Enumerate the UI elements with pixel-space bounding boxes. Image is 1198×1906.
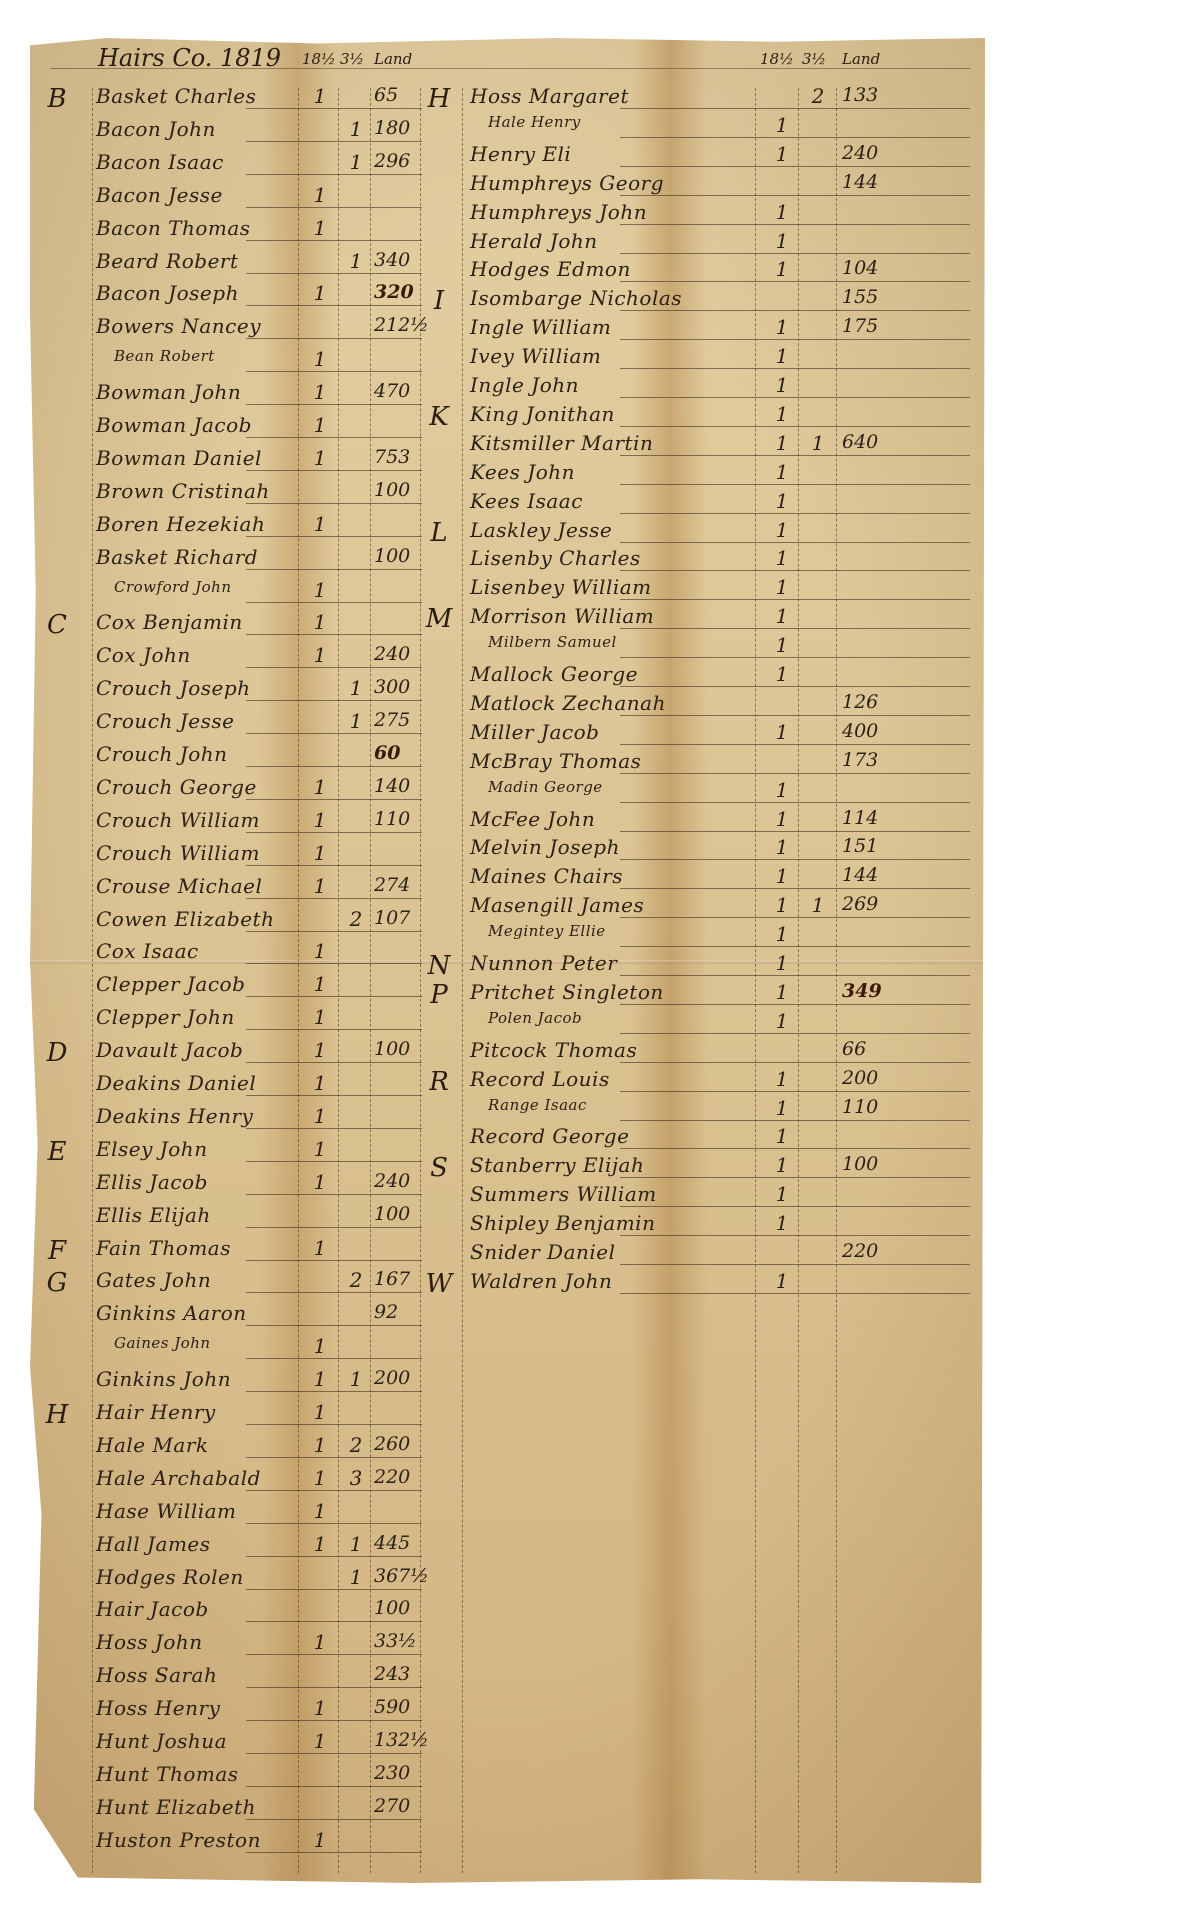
land-acres: 230 — [374, 1762, 434, 1784]
poll-count-1: 1 — [768, 633, 796, 657]
poll-count-1: 1 — [768, 604, 796, 628]
ledger-page: Hairs Co. 1819 18½ 3½ Land 18½ 3½ Land B… — [30, 38, 985, 1883]
ledger-row: Snider Daniel220 — [30, 1240, 985, 1268]
row-rule — [620, 628, 970, 629]
taxpayer-name: King Jonithan — [470, 402, 615, 426]
row-rule — [620, 224, 970, 225]
row-rule — [620, 166, 970, 167]
ledger-row: LLaskley Jesse1 — [30, 518, 985, 546]
ledger-row: Record George1 — [30, 1124, 985, 1152]
taxpayer-name: Hoss Henry — [96, 1696, 220, 1720]
taxpayer-name: Ginkins Aaron — [96, 1301, 247, 1325]
ledger-row: KKing Jonithan1 — [30, 402, 985, 430]
header-rule — [50, 68, 970, 69]
row-rule — [620, 1206, 970, 1207]
poll-count-1: 1 — [768, 778, 796, 802]
row-rule — [620, 1264, 970, 1265]
taxpayer-name: Pritchet Singleton — [470, 980, 664, 1004]
row-rule — [620, 773, 970, 774]
taxpayer-name: Hase William — [96, 1499, 237, 1523]
ledger-row: Ingle John1 — [30, 373, 985, 401]
taxpayer-name: Ginkins John — [96, 1367, 231, 1391]
taxpayer-name: Shipley Benjamin — [470, 1211, 655, 1235]
taxpayer-name: Hair Jacob — [96, 1597, 209, 1621]
ledger-row: Range Isaac1110 — [30, 1096, 985, 1124]
row-rule — [620, 455, 970, 456]
taxpayer-name: Summers William — [470, 1182, 657, 1206]
ledger-row: Ivey William1 — [30, 344, 985, 372]
ledger-row: Megintey Ellie1 — [30, 922, 985, 950]
taxpayer-name: Madin George — [488, 778, 603, 796]
ledger-row: Melvin Joseph1151 — [30, 835, 985, 863]
land-acres: 349 — [842, 980, 902, 1002]
ledger-row: McBray Thomas173 — [30, 749, 985, 777]
ledger-row: Gaines John1 — [30, 1334, 985, 1362]
land-acres: 126 — [842, 691, 902, 713]
taxpayer-name: Matlock Zechanah — [470, 691, 666, 715]
poll-count-1: 1 — [768, 662, 796, 686]
ledger-row: Hoss Sarah243 — [30, 1663, 985, 1691]
taxpayer-name: Hodges Rolen — [96, 1565, 244, 1589]
ledger-row: Hunt Thomas230 — [30, 1762, 985, 1790]
row-rule — [246, 1687, 422, 1688]
ledger-row: Herald John1 — [30, 229, 985, 257]
ledger-row: Humphreys Georg144 — [30, 171, 985, 199]
taxpayer-name: Hoss John — [96, 1630, 203, 1654]
left-col1-header: 18½ — [302, 50, 336, 68]
row-rule — [620, 917, 970, 918]
row-rule — [620, 1033, 970, 1034]
left-land-header: Land — [374, 50, 412, 68]
taxpayer-name: Lisenby Charles — [470, 546, 641, 570]
poll-count-1: 1 — [768, 1211, 796, 1235]
ledger-row: Ingle William1175 — [30, 315, 985, 343]
ledger-row: Miller Jacob1400 — [30, 720, 985, 748]
land-acres: 367½ — [374, 1565, 434, 1587]
index-letter: S — [422, 1153, 456, 1183]
ledger-row: Humphreys John1 — [30, 200, 985, 228]
row-rule — [620, 599, 970, 600]
taxpayer-name: Gaines John — [114, 1334, 211, 1352]
land-acres: 155 — [842, 286, 902, 308]
poll-count-1: 1 — [768, 1124, 796, 1148]
row-rule — [246, 1358, 422, 1359]
row-rule — [246, 1490, 422, 1491]
ledger-row: Milbern Samuel1 — [30, 633, 985, 661]
poll-count-1: 1 — [768, 1009, 796, 1033]
taxpayer-name: Hodges Edmon — [470, 257, 631, 281]
ledger-row: Hoss Henry1590 — [30, 1696, 985, 1724]
poll-count-1: 1 — [768, 546, 796, 570]
ledger-row: Pitcock Thomas66 — [30, 1038, 985, 1066]
taxpayer-name: Hunt Thomas — [96, 1762, 239, 1786]
poll-count-2: 1 — [804, 893, 832, 917]
row-rule — [620, 253, 970, 254]
land-acres: 445 — [374, 1532, 434, 1554]
land-acres: 173 — [842, 749, 902, 771]
row-rule — [246, 1819, 422, 1820]
poll-count-1: 1 — [768, 893, 796, 917]
row-rule — [620, 195, 970, 196]
row-rule — [246, 1720, 422, 1721]
taxpayer-name: Masengill James — [470, 893, 644, 917]
right-col1-header: 18½ — [760, 50, 794, 68]
taxpayer-name: Hoss Margaret — [470, 84, 629, 108]
row-rule — [620, 339, 970, 340]
poll-count-1: 1 — [768, 518, 796, 542]
index-letter: M — [422, 604, 456, 634]
ledger-row: PPritchet Singleton1349 — [30, 980, 985, 1008]
row-rule — [246, 1654, 422, 1655]
poll-count-1: 1 — [768, 835, 796, 859]
poll-count-1: 1 — [768, 575, 796, 599]
row-rule — [620, 715, 970, 716]
land-acres: 243 — [374, 1663, 434, 1685]
poll-count-1: 1 — [306, 1499, 334, 1523]
poll-count-1: 1 — [768, 1153, 796, 1177]
poll-count-1: 1 — [306, 1630, 334, 1654]
row-rule — [246, 1523, 422, 1524]
row-rule — [246, 1753, 422, 1754]
ledger-row: Hall James11445 — [30, 1532, 985, 1560]
row-rule — [246, 1852, 422, 1853]
taxpayer-name: Ingle John — [470, 373, 579, 397]
poll-count-1: 1 — [306, 1367, 334, 1391]
row-rule — [620, 831, 970, 832]
index-letter: R — [422, 1067, 456, 1097]
taxpayer-name: Hunt Joshua — [96, 1729, 227, 1753]
taxpayer-name: Maines Chairs — [470, 864, 623, 888]
taxpayer-name: Ivey William — [470, 344, 601, 368]
row-rule — [620, 281, 970, 282]
ledger-row: Matlock Zechanah126 — [30, 691, 985, 719]
taxpayer-name: Laskley Jesse — [470, 518, 612, 542]
ledger-row: Hair Jacob100 — [30, 1597, 985, 1625]
poll-count-1: 1 — [768, 402, 796, 426]
row-rule — [246, 1325, 422, 1326]
ledger-row: RRecord Louis1200 — [30, 1067, 985, 1095]
poll-count-2: 1 — [342, 1565, 370, 1589]
row-rule — [620, 1120, 970, 1121]
taxpayer-name: Lisenbey William — [470, 575, 652, 599]
ledger-row: Maines Chairs1144 — [30, 864, 985, 892]
row-rule — [246, 1457, 422, 1458]
right-col2-header: 3½ — [802, 50, 826, 68]
poll-count-1: 1 — [306, 1729, 334, 1753]
ledger-row: Shipley Benjamin1 — [30, 1211, 985, 1239]
taxpayer-name: Megintey Ellie — [488, 922, 606, 940]
taxpayer-name: Hall James — [96, 1532, 211, 1556]
ledger-row: Hale Henry1 — [30, 113, 985, 141]
land-acres: 92 — [374, 1301, 434, 1323]
poll-count-1: 1 — [768, 315, 796, 339]
poll-count-1: 1 — [768, 951, 796, 975]
row-rule — [620, 1148, 970, 1149]
land-acres: 220 — [842, 1240, 902, 1262]
ledger-row: Madin George1 — [30, 778, 985, 806]
taxpayer-name: Henry Eli — [470, 142, 571, 166]
taxpayer-name: Hair Henry — [96, 1400, 216, 1424]
row-rule — [620, 744, 970, 745]
row-rule — [620, 542, 970, 543]
taxpayer-name: McBray Thomas — [470, 749, 641, 773]
ledger-row: Ginkins John11200 — [30, 1367, 985, 1395]
ledger-row: Kees Isaac1 — [30, 489, 985, 517]
land-acres: 200 — [842, 1067, 902, 1089]
land-acres: 144 — [842, 171, 902, 193]
row-rule — [620, 1091, 970, 1092]
index-letter: N — [422, 951, 456, 981]
poll-count-1: 1 — [768, 373, 796, 397]
ledger-row: HHoss Margaret2133 — [30, 84, 985, 112]
poll-count-1: 1 — [768, 864, 796, 888]
row-rule — [620, 426, 970, 427]
land-acres: 260 — [374, 1433, 434, 1455]
index-letter: L — [422, 518, 456, 548]
poll-count-1: 1 — [768, 720, 796, 744]
poll-count-1: 1 — [768, 922, 796, 946]
poll-count-1: 1 — [306, 1828, 334, 1852]
ledger-row: Masengill James11269 — [30, 893, 985, 921]
row-rule — [620, 484, 970, 485]
row-rule — [246, 1424, 422, 1425]
poll-count-2: 1 — [342, 1532, 370, 1556]
ledger-row: WWaldren John1 — [30, 1269, 985, 1297]
taxpayer-name: Kees Isaac — [470, 489, 583, 513]
row-rule — [246, 1621, 422, 1622]
taxpayer-name: Waldren John — [470, 1269, 612, 1293]
row-rule — [620, 975, 970, 976]
ledger-row: Mallock George1 — [30, 662, 985, 690]
row-rule — [620, 1293, 970, 1294]
row-rule — [246, 1589, 422, 1590]
ledger-row: Hodges Edmon1104 — [30, 257, 985, 285]
land-acres: 100 — [374, 1597, 434, 1619]
land-acres: 240 — [842, 142, 902, 164]
taxpayer-name: Polen Jacob — [488, 1009, 582, 1027]
ledger-row: HHair Henry1 — [30, 1400, 985, 1428]
ledger-row: Kitsmiller Martin11640 — [30, 431, 985, 459]
poll-count-1: 1 — [768, 1182, 796, 1206]
taxpayer-name: Ingle William — [470, 315, 611, 339]
ledger-row: Hale Archabald13220 — [30, 1466, 985, 1494]
land-acres: 200 — [374, 1367, 434, 1389]
ledger-row: Hale Mark12260 — [30, 1433, 985, 1461]
poll-count-1: 1 — [768, 807, 796, 831]
ledger-row: Polen Jacob1 — [30, 1009, 985, 1037]
land-acres: 110 — [842, 1096, 902, 1118]
ledger-row: Ginkins Aaron92 — [30, 1301, 985, 1329]
taxpayer-name: Hale Henry — [488, 113, 581, 131]
land-acres: 400 — [842, 720, 902, 742]
row-rule — [620, 1004, 970, 1005]
poll-count-1: 1 — [768, 200, 796, 224]
poll-count-1: 1 — [306, 1696, 334, 1720]
taxpayer-name: Pitcock Thomas — [470, 1038, 637, 1062]
taxpayer-name: Hale Archabald — [96, 1466, 261, 1490]
ledger-row: Lisenby Charles1 — [30, 546, 985, 574]
right-land-header: Land — [842, 50, 880, 68]
row-rule — [246, 1786, 422, 1787]
taxpayer-name: Milbern Samuel — [488, 633, 617, 651]
poll-count-1: 1 — [768, 431, 796, 455]
land-acres: 133 — [842, 84, 902, 106]
row-rule — [620, 397, 970, 398]
ledger-row: Hunt Joshua1132½ — [30, 1729, 985, 1757]
row-rule — [620, 310, 970, 311]
poll-count-2: 2 — [804, 84, 832, 108]
row-rule — [620, 859, 970, 860]
land-acres: 270 — [374, 1795, 434, 1817]
taxpayer-name: Snider Daniel — [470, 1240, 616, 1264]
taxpayer-name: Melvin Joseph — [470, 835, 620, 859]
taxpayer-name: Nunnon Peter — [470, 951, 617, 975]
poll-count-1: 1 — [306, 1433, 334, 1457]
poll-count-1: 1 — [768, 257, 796, 281]
poll-count-1: 1 — [768, 113, 796, 137]
poll-count-1: 1 — [768, 344, 796, 368]
row-rule — [620, 137, 970, 138]
ledger-row: Lisenbey William1 — [30, 575, 985, 603]
land-acres: 220 — [374, 1466, 434, 1488]
index-letter: W — [422, 1269, 456, 1299]
poll-count-1: 1 — [768, 460, 796, 484]
poll-count-1: 1 — [768, 229, 796, 253]
land-acres: 104 — [842, 257, 902, 279]
poll-count-2: 3 — [342, 1466, 370, 1490]
row-rule — [620, 368, 970, 369]
index-letter: P — [422, 980, 456, 1010]
poll-count-1: 1 — [768, 980, 796, 1004]
row-rule — [620, 1235, 970, 1236]
taxpayer-name: Kees John — [470, 460, 575, 484]
poll-count-1: 1 — [768, 1096, 796, 1120]
poll-count-1: 1 — [306, 1334, 334, 1358]
taxpayer-name: Mallock George — [470, 662, 638, 686]
land-acres: 590 — [374, 1696, 434, 1718]
land-acres: 114 — [842, 807, 902, 829]
taxpayer-name: Morrison William — [470, 604, 654, 628]
row-rule — [620, 657, 970, 658]
row-rule — [620, 888, 970, 889]
taxpayer-name: Record Louis — [470, 1067, 610, 1091]
ledger-row: Kees John1 — [30, 460, 985, 488]
ledger-row: Hase William1 — [30, 1499, 985, 1527]
poll-count-2: 2 — [342, 1433, 370, 1457]
index-letter: H — [422, 84, 456, 114]
land-acres: 269 — [842, 893, 902, 915]
taxpayer-name: Huston Preston — [96, 1828, 261, 1852]
row-rule — [620, 686, 970, 687]
taxpayer-name: Humphreys Georg — [470, 171, 664, 195]
row-rule — [620, 1177, 970, 1178]
ledger-row: Henry Eli1240 — [30, 142, 985, 170]
row-rule — [620, 513, 970, 514]
taxpayer-name: Stanberry Elijah — [470, 1153, 644, 1177]
land-acres: 175 — [842, 315, 902, 337]
ledger-row: Huston Preston1 — [30, 1828, 985, 1856]
index-letter: H — [40, 1400, 74, 1430]
poll-count-1: 1 — [768, 1269, 796, 1293]
land-acres: 640 — [842, 431, 902, 453]
taxpayer-name: Hale Mark — [96, 1433, 209, 1457]
taxpayer-name: Humphreys John — [470, 200, 647, 224]
ledger-row: SStanberry Elijah1100 — [30, 1153, 985, 1181]
poll-count-2: 1 — [804, 431, 832, 455]
ledger-row: Summers William1 — [30, 1182, 985, 1210]
row-rule — [620, 1062, 970, 1063]
ledger-row: McFee John1114 — [30, 807, 985, 835]
land-acres: 151 — [842, 835, 902, 857]
taxpayer-name: McFee John — [470, 807, 595, 831]
poll-count-2: 1 — [342, 1367, 370, 1391]
row-rule — [620, 570, 970, 571]
land-acres: 100 — [842, 1153, 902, 1175]
row-rule — [246, 1556, 422, 1557]
taxpayer-name: Record George — [470, 1124, 629, 1148]
taxpayer-name: Range Isaac — [488, 1096, 587, 1114]
row-rule — [620, 108, 970, 109]
poll-count-1: 1 — [768, 1067, 796, 1091]
land-acres: 33½ — [374, 1630, 434, 1652]
taxpayer-name: Hoss Sarah — [96, 1663, 217, 1687]
row-rule — [246, 1391, 422, 1392]
left-col2-header: 3½ — [340, 50, 364, 68]
row-rule — [620, 802, 970, 803]
ledger-row: Hodges Rolen1367½ — [30, 1565, 985, 1593]
poll-count-1: 1 — [306, 1400, 334, 1424]
land-acres: 132½ — [374, 1729, 434, 1751]
poll-count-1: 1 — [768, 489, 796, 513]
ledger-row: NNunnon Peter1 — [30, 951, 985, 979]
poll-count-1: 1 — [306, 1466, 334, 1490]
ledger-row: MMorrison William1 — [30, 604, 985, 632]
index-letter: K — [422, 402, 456, 432]
taxpayer-name: Hunt Elizabeth — [96, 1795, 256, 1819]
taxpayer-name: Miller Jacob — [470, 720, 599, 744]
ledger-row: IIsombarge Nicholas155 — [30, 286, 985, 314]
poll-count-1: 1 — [306, 1532, 334, 1556]
ledger-row: Hunt Elizabeth270 — [30, 1795, 985, 1823]
ledger-row: Hoss John133½ — [30, 1630, 985, 1658]
land-acres: 66 — [842, 1038, 902, 1060]
row-rule — [620, 946, 970, 947]
index-letter: I — [422, 286, 456, 316]
poll-count-1: 1 — [768, 142, 796, 166]
taxpayer-name: Kitsmiller Martin — [470, 431, 653, 455]
taxpayer-name: Herald John — [470, 229, 598, 253]
taxpayer-name: Isombarge Nicholas — [470, 286, 682, 310]
land-acres: 144 — [842, 864, 902, 886]
